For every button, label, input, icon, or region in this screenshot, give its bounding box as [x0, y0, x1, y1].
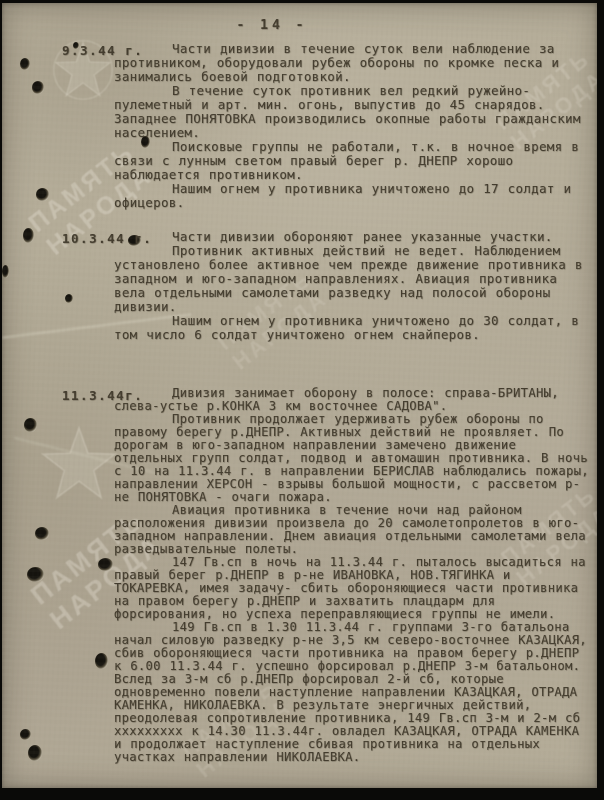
log-entry-10-3-44: 10.3.44 г. Части дивизии обороняют ранее…	[2, 230, 597, 342]
entry-body: Дивизия занимает оборону в полосе: справ…	[114, 387, 590, 764]
entry-paragraph: Нашим огнем у противника уничтожено до 3…	[114, 314, 590, 342]
entry-body: Части дивизии в течение суток вели наблю…	[114, 42, 590, 210]
entry-paragraph: 147 Гв.сп в ночь на 11.3.44 г. пыталось …	[114, 556, 590, 621]
entry-paragraph: 149 Гв.сп в 1.30 11.3.44 г. группами 3-г…	[114, 621, 590, 764]
entry-paragraph: В течение суток противник вел редкий руж…	[114, 84, 590, 140]
document-page: ПАМЯТЬ НАРОДА ПАМЯТЬ НАРОДА ПАМЯТЬ НАРОД…	[2, 3, 597, 788]
entry-paragraph: Части дивизии обороняют ранее указанные …	[114, 230, 590, 244]
entry-paragraph: Авиация противника в течение ночи над ра…	[114, 504, 590, 556]
page-number: - 14 -	[2, 18, 597, 33]
entry-paragraph: Нашим огнем у противника уничтожено до 1…	[114, 182, 590, 210]
log-entry-11-3-44: 11.3.44г. Дивизия занимает оборону в пол…	[2, 387, 597, 764]
entry-paragraph: Противник активных действий не ведет. На…	[114, 244, 590, 314]
scan-background: ПАМЯТЬ НАРОДА ПАМЯТЬ НАРОДА ПАМЯТЬ НАРОД…	[0, 0, 604, 800]
entry-paragraph: Части дивизии в течение суток вели наблю…	[114, 42, 590, 84]
entry-paragraph: Дивизия занимает оборону в полосе: справ…	[114, 387, 590, 413]
entry-paragraph: Противник продолжает удерживать рубеж об…	[114, 413, 590, 504]
entry-body: Части дивизии обороняют ранее указанные …	[114, 230, 590, 342]
log-entry-9-3-44: 9.3.44 г. Части дивизии в течение суток …	[2, 42, 597, 210]
entry-paragraph: Поисковые группы не работали, т.к. в ноч…	[114, 140, 590, 182]
